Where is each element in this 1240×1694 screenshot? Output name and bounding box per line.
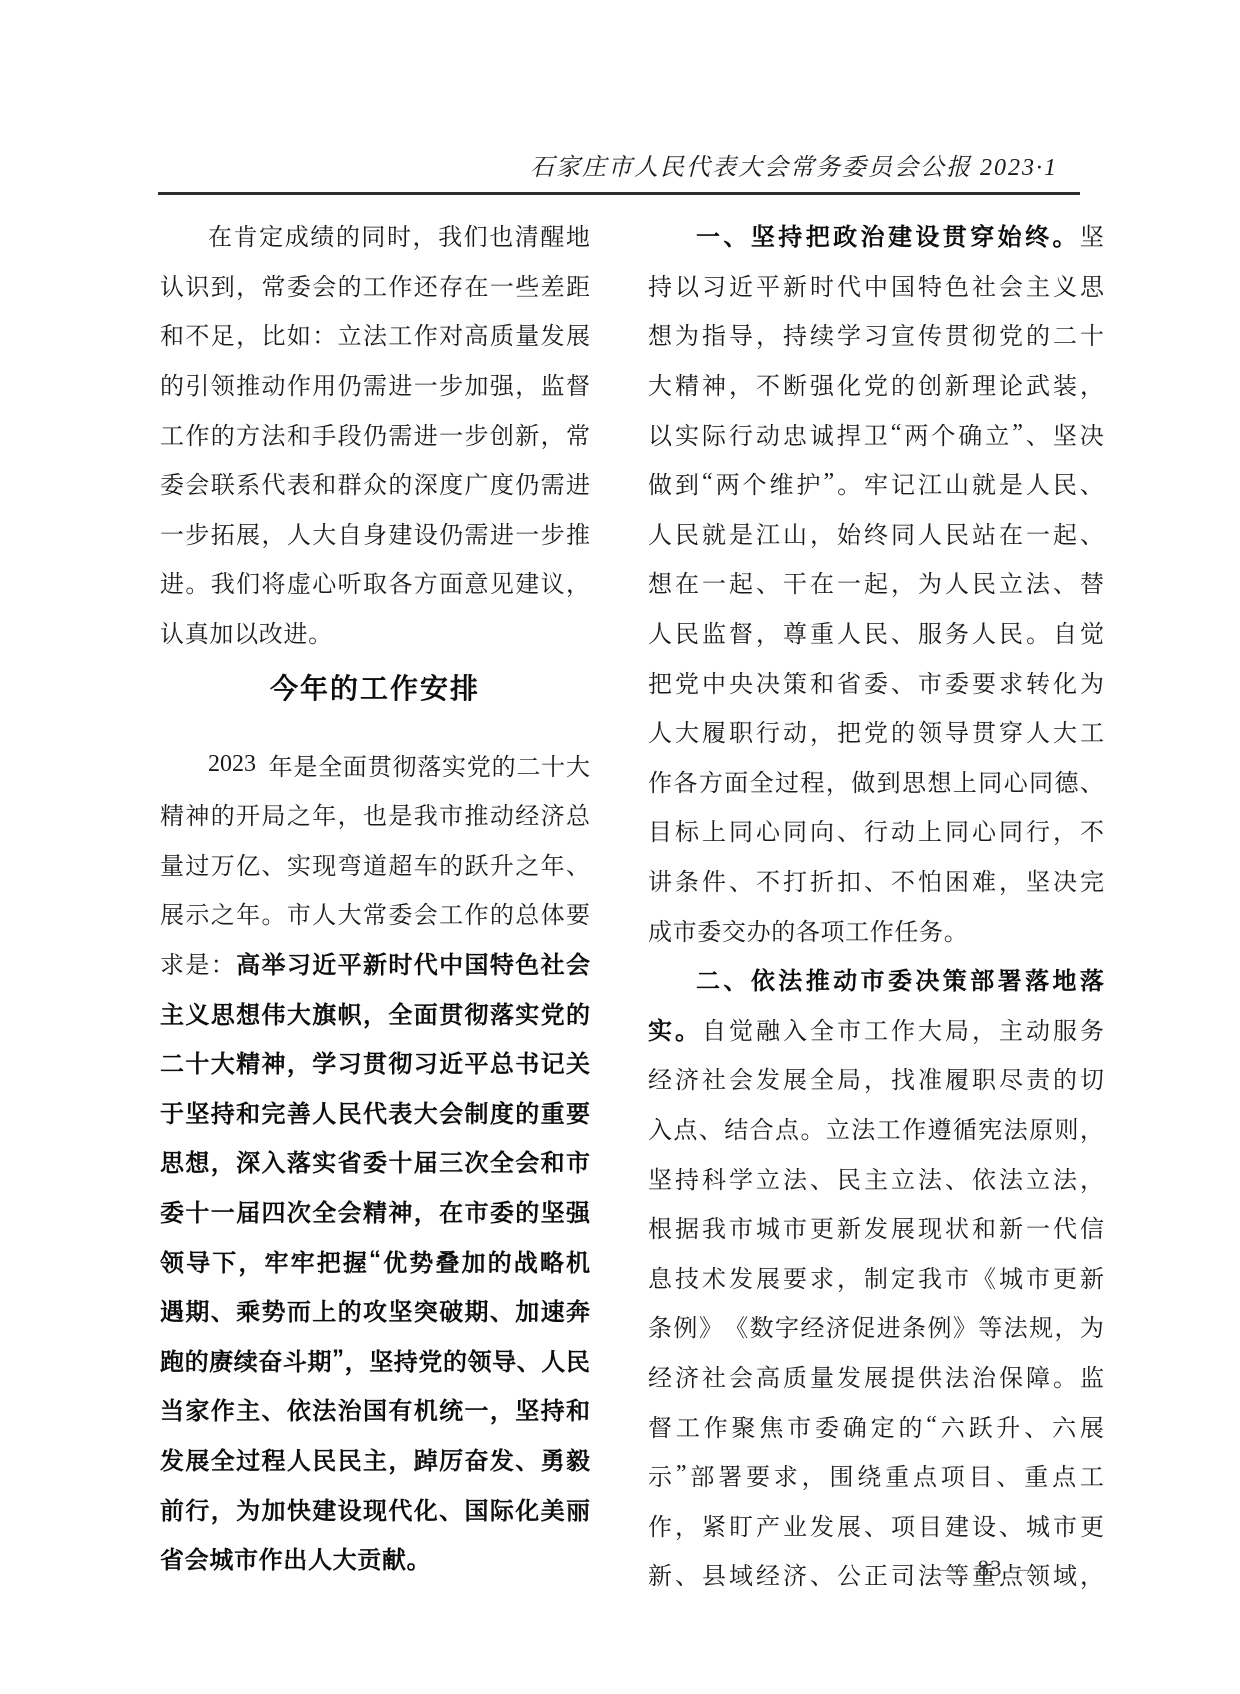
text-line: 工作的方法和手段仍需进一步创新，常 xyxy=(160,408,590,458)
text-line: 做到“两个维护”。牢记江山就是人民、 xyxy=(648,458,1104,508)
text-line: 一、坚持把政治建设贯穿始终。坚 xyxy=(648,210,1104,260)
text-line: 想为指导，持续学习宣传贯彻党的二十 xyxy=(648,309,1104,359)
text-line: 进。我们将虚心听取各方面意见建议， xyxy=(160,557,590,607)
header-rule xyxy=(158,192,1080,195)
text-line: 作，紧盯产业发展、项目建设、城市更 xyxy=(648,1499,1104,1549)
text-line: 二十大精神，学习贯彻习近平总书记关 xyxy=(160,1037,590,1087)
text-line: 入点、结合点。立法工作遵循宪法原则， xyxy=(648,1103,1104,1153)
text-line: 示”部署要求，围绕重点项目、重点工 xyxy=(648,1450,1104,1500)
text-line: 量过万亿、实现弯道超车的跃升之年、 xyxy=(160,839,590,889)
text-line: 人大履职行动，把党的领导贯穿人大工 xyxy=(648,706,1104,756)
gazette-header-title: 石家庄市人民代表大会常务委员会公报 2023·1 xyxy=(158,147,1058,182)
text-line: 2023年是全面贯彻落实党的二十大 xyxy=(160,739,590,789)
text-line: 人民监督，尊重人民、服务人民。自觉 xyxy=(648,607,1104,657)
text-line: 成市委交办的各项工作任务。 xyxy=(648,904,968,954)
text-line: 把党中央决策和省委、市委要求转化为 xyxy=(648,656,1104,706)
text-line: 讲条件、不打折扣、不怕困难，坚决完 xyxy=(648,855,1104,905)
text-line: 目标上同心同向、行动上同心同行，不 xyxy=(648,805,1104,855)
text-line: 主义思想伟大旗帜，全面贯彻落实党的 xyxy=(160,987,590,1037)
text-line: 省会城市作出人大贡献。 xyxy=(160,1533,431,1583)
page-number-dash-left: — xyxy=(939,1556,962,1582)
text-line: 以实际行动忠诚捍卫“两个确立”、坚决 xyxy=(648,408,1104,458)
text-line: 想在一起、干在一起，为人民立法、替 xyxy=(648,557,1104,607)
text-line: 委十一届四次全会精神，在市委的坚强 xyxy=(160,1186,590,1236)
left-column: 在肯定成绩的同时，我们也清醒地认识到，常委会的工作还存在一些差距和不足，比如：立… xyxy=(160,210,590,1582)
text-line: 思想，深入落实省委十届三次全会和市 xyxy=(160,1136,590,1186)
text-line: 和不足，比如：立法工作对高质量发展 xyxy=(160,309,590,359)
text-line: 持以习近平新时代中国特色社会主义思 xyxy=(648,260,1104,310)
text-line: 坚持科学立法、民主立法、依法立法， xyxy=(648,1152,1104,1202)
text-line: 领导下，牢牢把握“优势叠加的战略机 xyxy=(160,1235,590,1285)
page-number-dash-right: — xyxy=(1019,1556,1042,1582)
section-heading: 今年的工作安排 xyxy=(160,664,590,714)
page-number: — 83 — xyxy=(898,1556,1082,1582)
text-line: 当家作主、依法治国有机统一，坚持和 xyxy=(160,1384,590,1434)
text-line: 作各方面全过程，做到思想上同心同德、 xyxy=(648,756,1104,806)
text-line: 在肯定成绩的同时，我们也清醒地 xyxy=(160,210,590,260)
text-line: 前行，为加快建设现代化、国际化美丽 xyxy=(160,1483,590,1533)
right-column: 一、坚持把政治建设贯穿始终。坚持以习近平新时代中国特色社会主义思想为指导，持续学… xyxy=(648,210,1104,1599)
text-line: 委会联系代表和群众的深度广度仍需进 xyxy=(160,458,590,508)
text-line: 发展全过程人民民主，踔厉奋发、勇毅 xyxy=(160,1434,590,1484)
text-line: 条例》《数字经济促进条例》等法规，为 xyxy=(648,1301,1104,1351)
text-line: 实。自觉融入全市工作大局，主动服务 xyxy=(648,1004,1104,1054)
text-line: 遇期、乘势而上的攻坚突破期、加速奔 xyxy=(160,1285,590,1335)
text-line: 人民就是江山，始终同人民站在一起、 xyxy=(648,508,1104,558)
document-page: 石家庄市人民代表大会常务委员会公报 2023·1 在肯定成绩的同时，我们也清醒地… xyxy=(0,0,1240,1694)
text-line: 精神的开局之年，也是我市推动经济总 xyxy=(160,789,590,839)
text-line: 认真加以改进。 xyxy=(160,607,332,657)
page-number-value: 83 xyxy=(978,1556,1003,1582)
text-line: 一步拓展，人大自身建设仍需进一步推 xyxy=(160,508,590,558)
text-line: 认识到，常委会的工作还存在一些差距 xyxy=(160,260,590,310)
text-line: 求是：高举习近平新时代中国特色社会 xyxy=(160,938,590,988)
text-line: 大精神，不断强化党的创新理论武装， xyxy=(648,359,1104,409)
text-line: 跑的赓续奋斗期”，坚持党的领导、人民 xyxy=(160,1334,590,1384)
text-line: 督工作聚焦市委确定的“六跃升、六展 xyxy=(648,1400,1104,1450)
text-line: 二、依法推动市委决策部署落地落 xyxy=(648,954,1104,1004)
text-line: 的引领推动作用仍需进一步加强，监督 xyxy=(160,359,590,409)
text-line: 经济社会高质量发展提供法治保障。监 xyxy=(648,1351,1104,1401)
text-line: 展示之年。市人大常委会工作的总体要 xyxy=(160,888,590,938)
text-line: 于坚持和完善人民代表大会制度的重要 xyxy=(160,1087,590,1137)
text-line: 息技术发展要求，制定我市《城市更新 xyxy=(648,1251,1104,1301)
text-line: 经济社会发展全局，找准履职尽责的切 xyxy=(648,1053,1104,1103)
text-line: 根据我市城市更新发展现状和新一代信 xyxy=(648,1202,1104,1252)
